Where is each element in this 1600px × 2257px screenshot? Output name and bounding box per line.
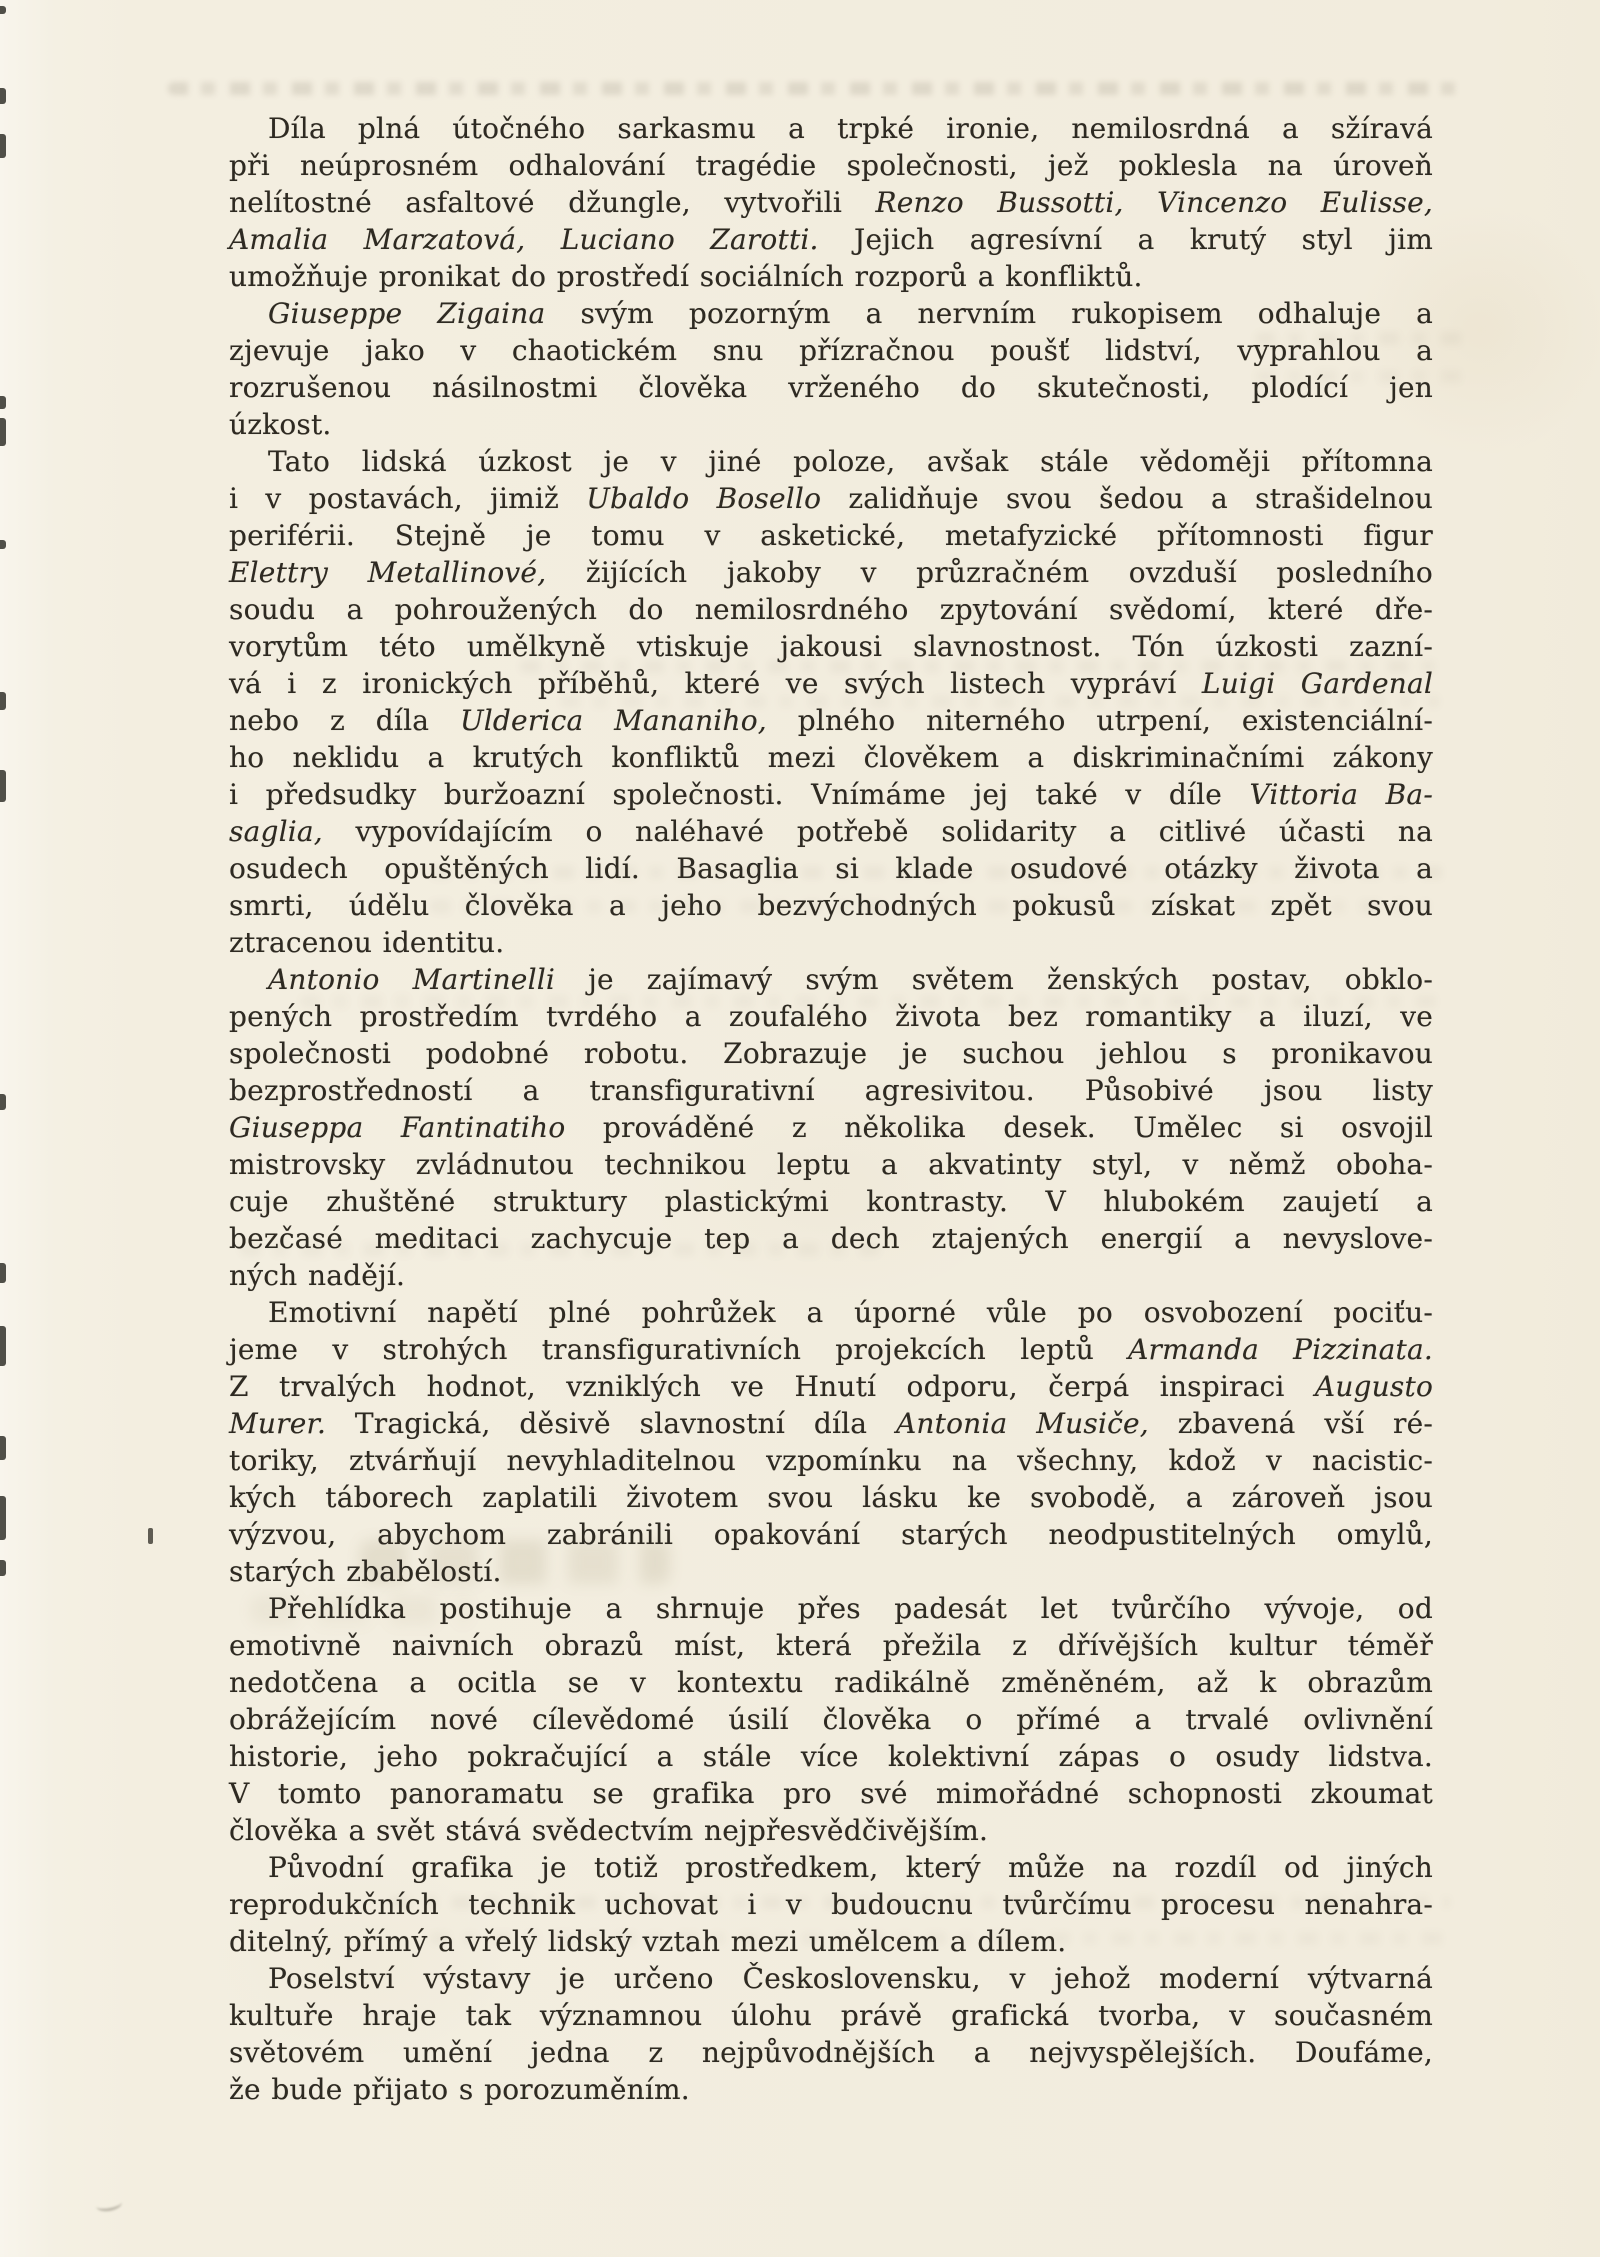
text-line: člověka a svět stává svědectvím nejpřesv… — [229, 1812, 1433, 1849]
bleed-through-smudge — [168, 82, 1468, 95]
italic-text-segment: Amalia Marzatová, Luciano Zarotti. — [229, 223, 819, 256]
text-line: Giuseppe Zigaina svým pozorným a nervním… — [229, 295, 1433, 332]
text-line: Díla plná útočného sarkasmu a trpké iron… — [229, 110, 1433, 147]
text-segment: historie, jeho pokračující a stále více … — [229, 1740, 1433, 1773]
italic-text-segment: Antonia Musiče, — [896, 1407, 1149, 1440]
text-line: společnosti podobné robotu. Zobrazuje je… — [229, 1035, 1433, 1072]
text-line: Původní grafika je totiž prostředkem, kt… — [229, 1849, 1433, 1886]
text-line: Emotivní napětí plné pohrůžek a úporné v… — [229, 1294, 1433, 1331]
text-line: světovém umění jedna z nejpůvodnějších a… — [229, 2034, 1433, 2071]
text-segment: Díla plná útočného sarkasmu a trpké iron… — [268, 112, 1433, 145]
text-line: periférii. Stejně je tomu v asketické, m… — [229, 517, 1433, 554]
text-line: Elettry Metallinové, žijících jakoby v p… — [229, 554, 1433, 591]
text-segment: společnosti podobné robotu. Zobrazuje je… — [229, 1037, 1433, 1070]
text-segment: vorytům této umělkyně vtiskuje jakousi s… — [229, 630, 1433, 663]
text-line: výzvou, abychom zabránili opakování star… — [229, 1516, 1433, 1553]
page-edge-mark — [0, 396, 6, 409]
text-segment: Poselství výstavy je určeno Českoslovens… — [268, 1962, 1433, 1995]
text-segment: je zajímavý svým světem ženských postav,… — [555, 963, 1433, 996]
paragraph: Emotivní napětí plné pohrůžek a úporné v… — [229, 1294, 1433, 1590]
text-segment: ných nadějí. — [229, 1259, 405, 1292]
text-segment: smrti, údělu člověka a jeho bezvýchodnýc… — [229, 889, 1433, 922]
paragraph: Giuseppe Zigaina svým pozorným a nervním… — [229, 295, 1433, 443]
text-segment: Tragická, děsivě slavnostní díla — [326, 1407, 896, 1440]
text-segment: jeme v strohých transfigurativních proje… — [229, 1333, 1128, 1366]
italic-text-segment: Ulderica Mananiho, — [460, 704, 767, 737]
text-segment: ztracenou identitu. — [229, 926, 504, 959]
text-line: Z trvalých hodnot, vzniklých ve Hnutí od… — [229, 1368, 1433, 1405]
text-segment: emotivně naivních obrazů míst, která pře… — [229, 1629, 1433, 1662]
text-segment: vypovídajícím o naléhavé potřebě solidar… — [323, 815, 1433, 848]
text-segment: svým pozorným a nervním rukopisem odhalu… — [545, 297, 1433, 330]
italic-text-segment: Armanda Pizzinata. — [1128, 1333, 1433, 1366]
text-line: ho neklidu a krutých konfliktů mezi člov… — [229, 739, 1433, 776]
text-segment: nelítostné asfaltové džungle, vytvořili — [229, 186, 875, 219]
text-line: obrážejícím nové cílevědomé úsilí člověk… — [229, 1701, 1433, 1738]
text-line: bezprostředností a transfigurativní agre… — [229, 1072, 1433, 1109]
text-segment: V tomto panoramatu se grafika pro své mi… — [229, 1777, 1433, 1810]
page-edge-mark — [0, 1263, 6, 1283]
text-segment: reprodukčních technik uchovat i v budouc… — [229, 1888, 1433, 1921]
text-line: soudu a pohroužených do nemilosrdného zp… — [229, 591, 1433, 628]
text-segment: úzkost. — [229, 408, 332, 441]
text-line: že bude přijato s porozuměním. — [229, 2071, 1433, 2108]
text-segment: při neúprosném odhalování tragédie spole… — [229, 149, 1433, 182]
text-segment: Původní grafika je totiž prostředkem, kt… — [268, 1851, 1433, 1884]
text-segment: člověka a svět stává svědectvím nejpřesv… — [229, 1814, 988, 1847]
paragraph: Antonio Martinelli je zajímavý svým svět… — [229, 961, 1433, 1294]
text-segment: periférii. Stejně je tomu v asketické, m… — [229, 519, 1433, 552]
text-line: toriky, ztvárňují nevyhladitelnou vzpomí… — [229, 1442, 1433, 1479]
text-segment: toriky, ztvárňují nevyhladitelnou vzpomí… — [229, 1444, 1433, 1477]
page-edge-mark — [0, 692, 6, 710]
text-line: i předsudky buržoazní společnosti. Vnímá… — [229, 776, 1433, 813]
text-segment: bezprostředností a transfigurativní agre… — [229, 1074, 1433, 1107]
page-edge-mark — [0, 88, 6, 104]
italic-text-segment: saglia, — [229, 815, 323, 848]
text-segment: ditelný, přímý a vřelý lidský vztah mezi… — [229, 1925, 1066, 1958]
paragraph: Díla plná útočného sarkasmu a trpké iron… — [229, 110, 1433, 295]
text-line: kultuře hraje tak významnou úlohu právě … — [229, 1997, 1433, 2034]
italic-text-segment: Giuseppe Zigaina — [268, 297, 545, 330]
text-line: pených prostředím tvrdého a zoufalého ži… — [229, 998, 1433, 1035]
page-edge-mark — [0, 1436, 6, 1460]
text-segment: i předsudky buržoazní společnosti. Vnímá… — [229, 778, 1250, 811]
pencil-squiggle — [95, 2196, 123, 2213]
text-line: reprodukčních technik uchovat i v budouc… — [229, 1886, 1433, 1923]
text-segment: starých zbabělostí. — [229, 1555, 502, 1588]
text-segment: rozrušenou násilnostmi člověka vrženého … — [229, 371, 1433, 404]
text-segment: výzvou, abychom zabránili opakování star… — [229, 1518, 1433, 1551]
text-segment: zalidňuje svou šedou a strašidelnou — [821, 482, 1433, 515]
text-segment: zjevuje jako v chaotickém snu přízračnou… — [229, 334, 1433, 367]
page-edge-mark — [0, 1560, 6, 1576]
page-edge-mark — [0, 418, 6, 446]
text-line: Giuseppa Fantinatiho prováděné z několik… — [229, 1109, 1433, 1146]
text-line: kých táborech zaplatili životem svou lás… — [229, 1479, 1433, 1516]
paragraph: Poselství výstavy je určeno Českoslovens… — [229, 1960, 1433, 2108]
text-segment: že bude přijato s porozuměním. — [229, 2073, 690, 2106]
text-segment: nedotčena a ocitla se v kontextu radikál… — [229, 1666, 1433, 1699]
paragraph: Původní grafika je totiž prostředkem, kt… — [229, 1849, 1433, 1960]
text-segment: ho neklidu a krutých konfliktů mezi člov… — [229, 741, 1433, 774]
text-segment: umožňuje pronikat do prostředí sociálníc… — [229, 260, 1143, 293]
paragraph: Tato lidská úzkost je v jiné poloze, avš… — [229, 443, 1433, 961]
document-text: Díla plná útočného sarkasmu a trpké iron… — [229, 110, 1433, 2108]
text-line: ditelný, přímý a vřelý lidský vztah mezi… — [229, 1923, 1433, 1960]
text-segment: kých táborech zaplatili životem svou lás… — [229, 1481, 1433, 1514]
text-line: jeme v strohých transfigurativních proje… — [229, 1331, 1433, 1368]
italic-text-segment: Augusto — [1315, 1370, 1433, 1403]
text-line: osudech opuštěných lidí. Basaglia si kla… — [229, 850, 1433, 887]
text-line: V tomto panoramatu se grafika pro své mi… — [229, 1775, 1433, 1812]
text-segment: cuje zhuštěné struktury plastickými kont… — [229, 1185, 1433, 1218]
text-line: i v postavách, jimiž Ubaldo Bosello zali… — [229, 480, 1433, 517]
page-edge-mark — [0, 1094, 6, 1110]
text-segment: pených prostředím tvrdého a zoufalého ži… — [229, 1000, 1433, 1033]
text-line: ných nadějí. — [229, 1257, 1433, 1294]
page-edge-mark — [0, 1326, 6, 1366]
text-line: úzkost. — [229, 406, 1433, 443]
text-line: Poselství výstavy je určeno Českoslovens… — [229, 1960, 1433, 1997]
italic-text-segment: Giuseppa Fantinatiho — [229, 1111, 565, 1144]
text-line: nebo z díla Ulderica Mananiho, plného ni… — [229, 702, 1433, 739]
scanned-page: Díla plná útočného sarkasmu a trpké iron… — [0, 0, 1600, 2257]
text-line: smrti, údělu člověka a jeho bezvýchodnýc… — [229, 887, 1433, 924]
text-segment: soudu a pohroužených do nemilosrdného zp… — [229, 593, 1433, 626]
text-line: nedotčena a ocitla se v kontextu radikál… — [229, 1664, 1433, 1701]
text-line: Tato lidská úzkost je v jiné poloze, avš… — [229, 443, 1433, 480]
text-line: saglia, vypovídajícím o naléhavé potřebě… — [229, 813, 1433, 850]
text-segment: světovém umění jedna z nejpůvodnějších a… — [229, 2036, 1433, 2069]
text-segment: Tato lidská úzkost je v jiné poloze, avš… — [268, 445, 1433, 478]
italic-text-segment: Antonio Martinelli — [268, 963, 555, 996]
italic-text-segment: Renzo Bussotti, Vincenzo Eulisse, — [875, 186, 1433, 219]
page-edge-mark — [0, 540, 6, 549]
text-segment: kultuře hraje tak významnou úlohu právě … — [229, 1999, 1433, 2032]
text-line: Amalia Marzatová, Luciano Zarotti. Jejic… — [229, 221, 1433, 258]
text-line: Antonio Martinelli je zajímavý svým svět… — [229, 961, 1433, 998]
italic-text-segment: Vittoria Ba- — [1250, 778, 1434, 811]
text-line: nelítostné asfaltové džungle, vytvořili … — [229, 184, 1433, 221]
text-line: vorytům této umělkyně vtiskuje jakousi s… — [229, 628, 1433, 665]
text-segment: Emotivní napětí plné pohrůžek a úporné v… — [268, 1296, 1433, 1329]
text-line: starých zbabělostí. — [229, 1553, 1433, 1590]
text-segment: prováděné z několika desek. Umělec si os… — [565, 1111, 1433, 1144]
text-segment: mistrovsky zvládnutou technikou leptu a … — [229, 1148, 1433, 1181]
text-line: zjevuje jako v chaotickém snu přízračnou… — [229, 332, 1433, 369]
page-edge-mark — [0, 6, 6, 14]
page-edge-mark — [0, 1496, 6, 1540]
text-line: ztracenou identitu. — [229, 924, 1433, 961]
text-segment: i v postavách, jimiž — [229, 482, 586, 515]
text-line: mistrovsky zvládnutou technikou leptu a … — [229, 1146, 1433, 1183]
text-segment: vá i z ironických příběhů, které ve svýc… — [229, 667, 1202, 700]
text-segment: zbavená vší ré- — [1149, 1407, 1433, 1440]
text-segment: bezčasé meditaci zachycuje tep a dech zt… — [229, 1222, 1433, 1255]
text-segment: plného niterného utrpení, existenciální- — [767, 704, 1433, 737]
italic-text-segment: Elettry Metallinové, — [229, 556, 546, 589]
text-segment: Z trvalých hodnot, vzniklých ve Hnutí od… — [229, 1370, 1315, 1403]
page-edge-mark — [148, 1528, 153, 1544]
text-segment: Jejich agresívní a krutý styl jim — [819, 223, 1433, 256]
text-segment: nebo z díla — [229, 704, 460, 737]
text-line: vá i z ironických příběhů, které ve svýc… — [229, 665, 1433, 702]
text-line: Přehlídka postihuje a shrnuje přes pades… — [229, 1590, 1433, 1627]
text-segment: osudech opuštěných lidí. Basaglia si kla… — [229, 852, 1433, 885]
text-segment: Přehlídka postihuje a shrnuje přes pades… — [268, 1592, 1433, 1625]
text-segment: obrážejícím nové cílevědomé úsilí člověk… — [229, 1703, 1433, 1736]
text-line: rozrušenou násilnostmi člověka vrženého … — [229, 369, 1433, 406]
italic-text-segment: Luigi Gardenal — [1202, 667, 1433, 700]
text-line: emotivně naivních obrazů míst, která pře… — [229, 1627, 1433, 1664]
text-line: bezčasé meditaci zachycuje tep a dech zt… — [229, 1220, 1433, 1257]
text-line: při neúprosném odhalování tragédie spole… — [229, 147, 1433, 184]
paragraph: Přehlídka postihuje a shrnuje přes pades… — [229, 1590, 1433, 1849]
page-edge-mark — [0, 770, 6, 802]
page-edge-mark — [0, 134, 6, 158]
text-line: umožňuje pronikat do prostředí sociálníc… — [229, 258, 1433, 295]
italic-text-segment: Murer. — [229, 1407, 326, 1440]
text-line: Murer. Tragická, děsivě slavnostní díla … — [229, 1405, 1433, 1442]
text-line: cuje zhuštěné struktury plastickými kont… — [229, 1183, 1433, 1220]
italic-text-segment: Ubaldo Bosello — [586, 482, 821, 515]
text-line: historie, jeho pokračující a stále více … — [229, 1738, 1433, 1775]
text-segment: žijících jakoby v průzračném ovzduší pos… — [546, 556, 1433, 589]
